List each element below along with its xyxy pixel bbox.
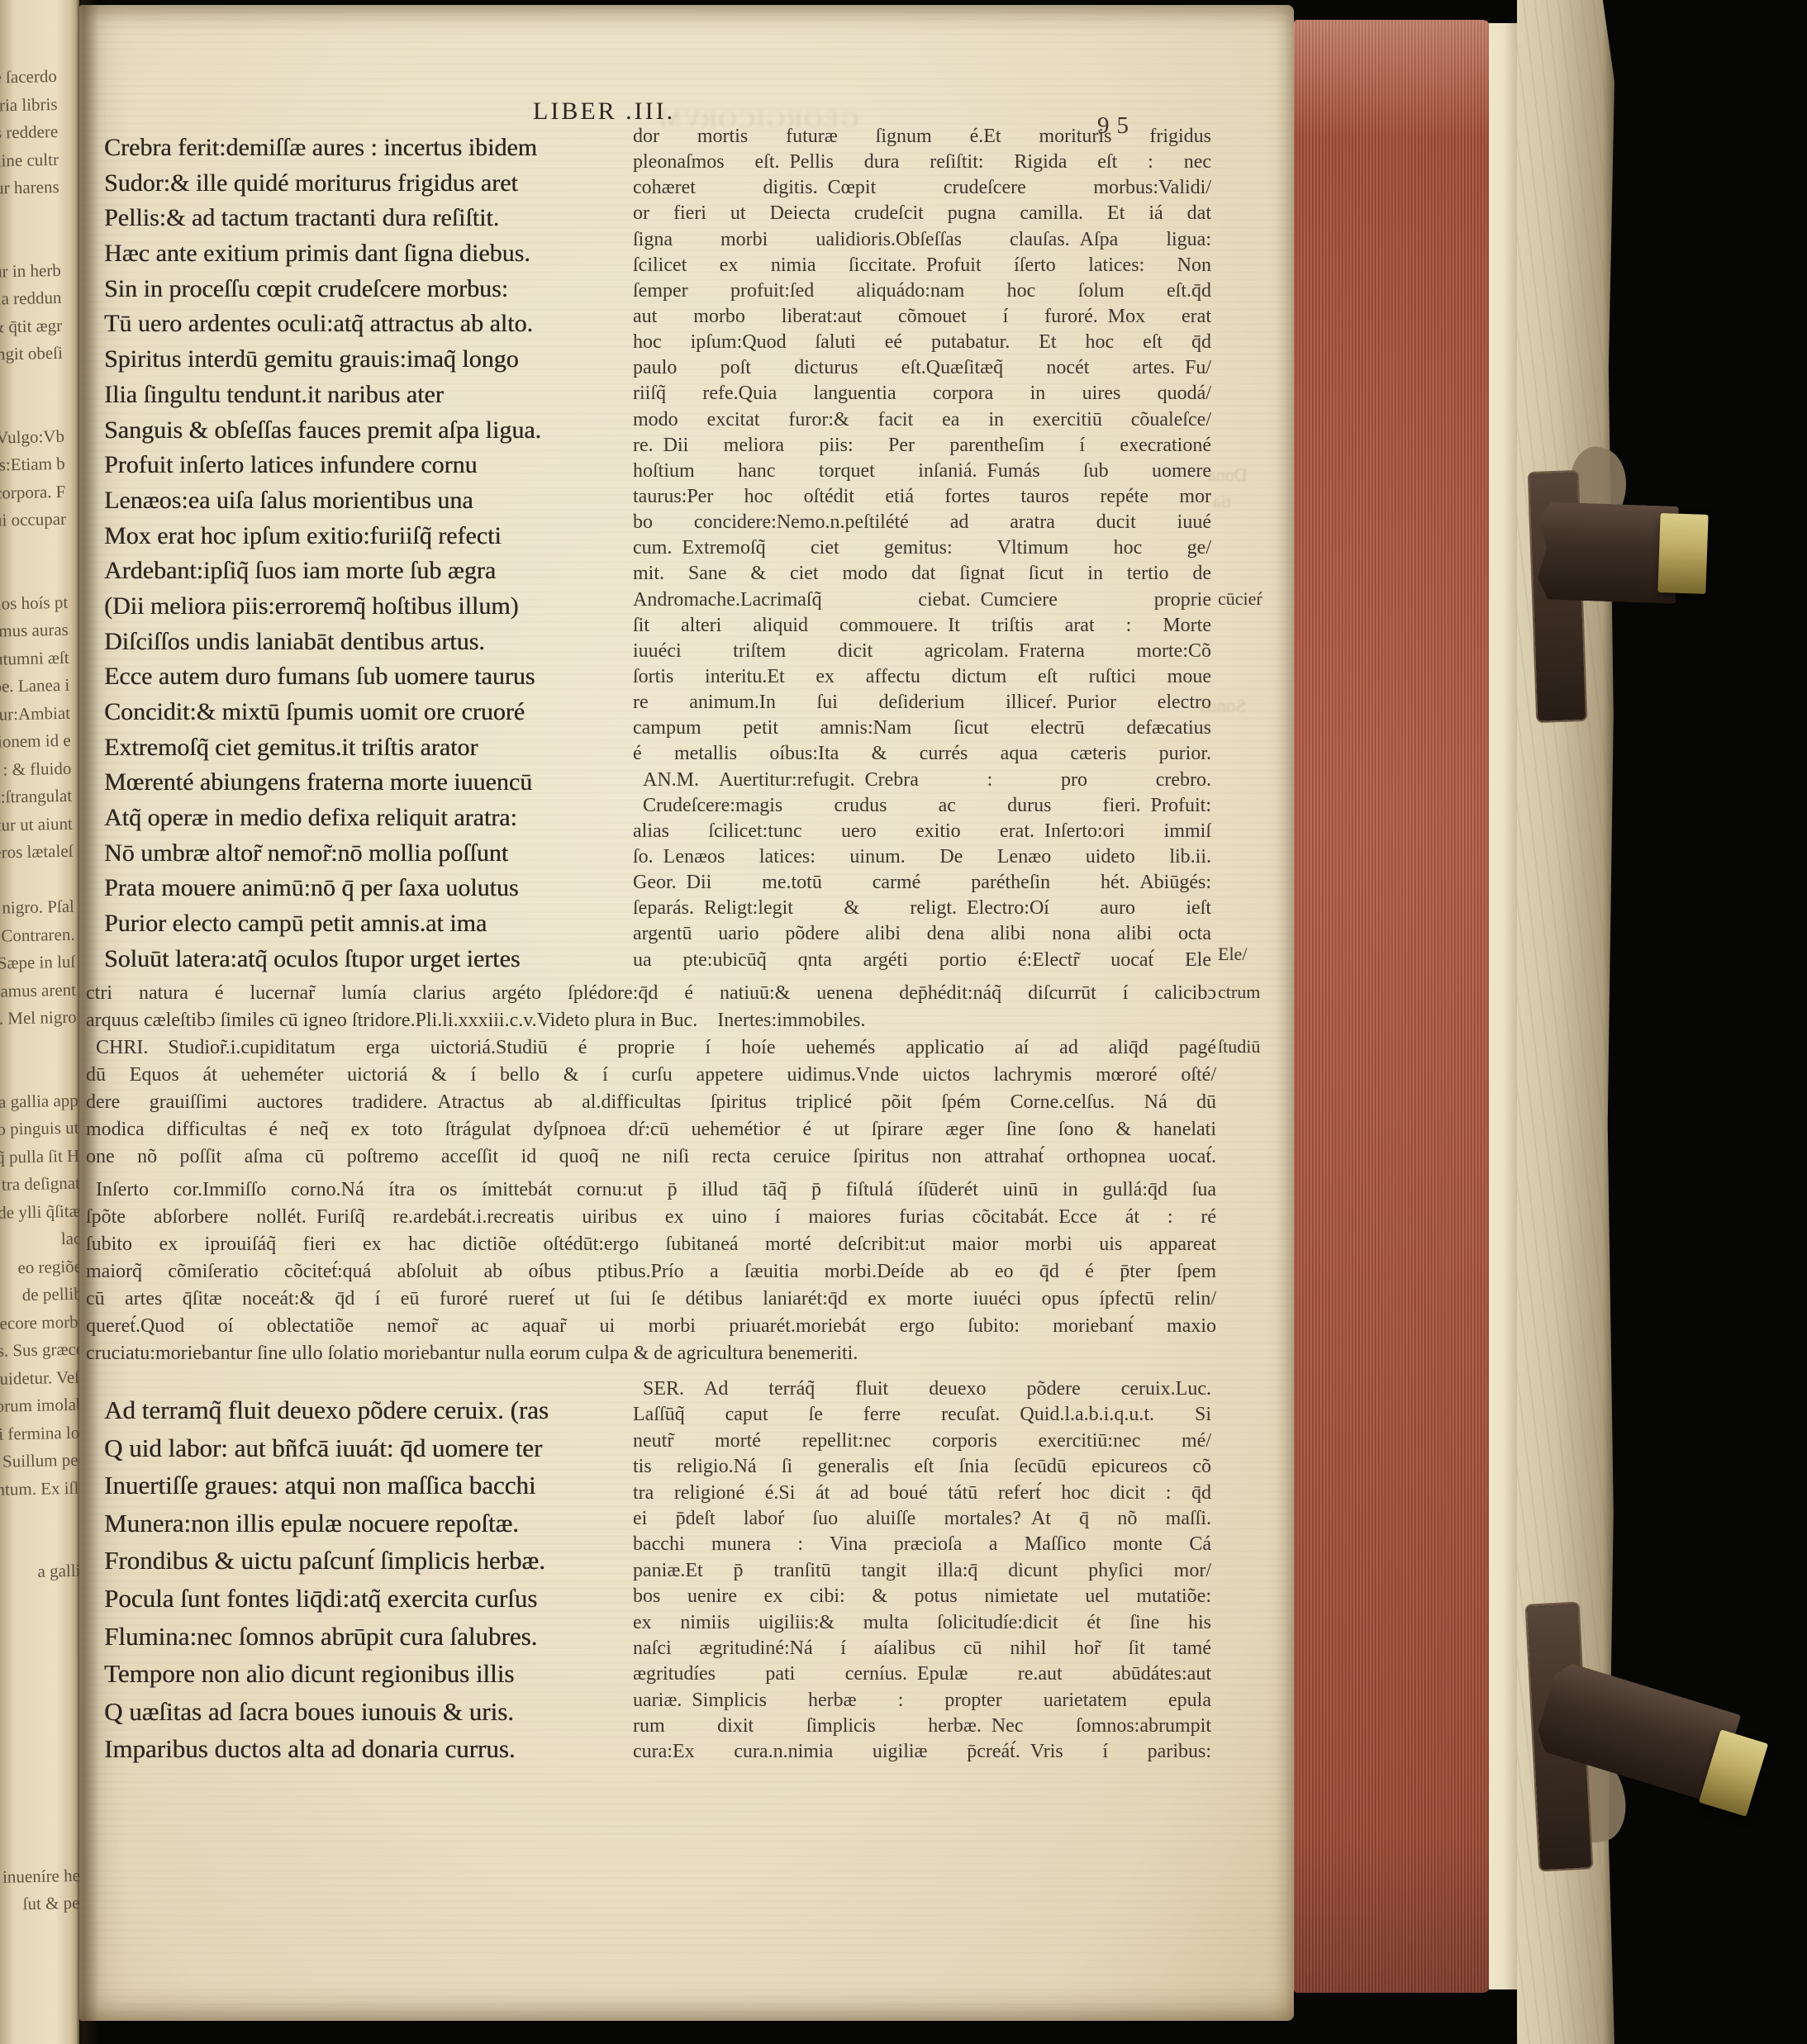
full-width-commentary-2: Inſerto cor.Immiſſo corno.Ná ítra os ími…	[86, 1176, 1216, 1367]
text-line	[0, 229, 60, 260]
text-line: c ducimus auras	[0, 616, 69, 648]
text-line: Sudor:& ille quidé moriturus frigidus ar…	[104, 166, 640, 202]
text-line: aut morbo liberat:aut cõmouet í furoré. …	[633, 304, 1211, 330]
text-line: aur harens	[0, 174, 59, 205]
text-line: taria libris	[0, 90, 58, 121]
text-line: hoc ipſum:Quod ſaluti eé putabatur. Et h…	[633, 330, 1211, 355]
text-line	[0, 1833, 79, 1865]
running-head-title: LIBER .III.	[533, 97, 675, 126]
text-line: orruptionem id e	[0, 727, 71, 758]
text-line: ſut & pece	[0, 1889, 79, 1920]
text-line: lac	[0, 1225, 79, 1257]
text-line: nguine cultr	[0, 145, 59, 177]
text-line: tra deſignat	[0, 1170, 79, 1201]
text-line	[0, 865, 74, 896]
text-line	[0, 1640, 79, 1671]
text-line: deo pinguis ut	[0, 1115, 79, 1146]
verse-column-bottom: Ad terramq̃ fluit deuexo põdere ceruix. …	[104, 1391, 654, 1768]
text-line: bo concidere:Nemo.n.peſtilété ad aratra …	[633, 510, 1211, 535]
text-line	[0, 1806, 79, 1837]
page-block-edge	[1489, 23, 1517, 1989]
text-line: Spiritus interdū gemitu grauis:imaq̃ lon…	[104, 342, 640, 378]
text-line: Hæc ante exitium primis dant ſigna diebu…	[104, 236, 640, 272]
text-line: ſigna morbi ualidioris.Obſeſſas clauſas.…	[633, 227, 1211, 253]
gutter-shadow	[71, 0, 99, 2044]
clasp-upper	[1520, 438, 1793, 777]
text-line: rum dixit ſimplicis herbæ. Nec ſomnos:ab…	[633, 1714, 1211, 1739]
text-line: Q uid labor: aut bñfcā iuuát: q̄d uomere…	[104, 1429, 654, 1467]
text-line	[0, 1585, 79, 1616]
text-line: Soluūt latera:atq̃ oculos ſtupor urget i…	[104, 942, 640, 977]
text-line: pecore morbi	[0, 1308, 79, 1339]
text-line: ſortis interitu.Et ex affectu dictum eſt…	[633, 664, 1211, 690]
full-width-commentary-1: ctri natura é lucernar̃ lumía clarius ar…	[86, 980, 1216, 1171]
text-line	[0, 367, 64, 398]
text-line: Ad terramq̃ fluit deuexo põdere ceruix. …	[104, 1391, 654, 1429]
text-line: ratis. Vulgo:Vb	[0, 422, 64, 454]
text-line: Crudeſcere:magis crudus ac durus fieri. …	[633, 793, 1211, 819]
facing-page-fragments: t ante ſacerdotaria librisis redderengui…	[0, 63, 79, 1921]
text-line: æſepia reddun	[0, 284, 62, 316]
text-line: Sin in proceſſu cœpit crudeſcere morbus:	[104, 272, 640, 307]
red-fore-edge	[1294, 20, 1491, 1993]
text-line: ruptiõe. Lanea i	[0, 672, 70, 703]
text-line: Laſſūq̃ caput ſe ferre recuſat. Quid.l.a…	[633, 1402, 1211, 1428]
text-line: ſeparás. Religt:legit & religt. Electro:…	[633, 896, 1211, 921]
text-line: ua pte:ubicūq̃ qnta argéti portio é:Elec…	[633, 948, 1211, 973]
text-line: Atq̃ operæ in medio defixa reliquit arat…	[104, 801, 640, 836]
text-line: de pellib	[0, 1281, 79, 1312]
text-line: CHRI. Studior̃.i.cupiditatum erga uictor…	[86, 1034, 1216, 1062]
text-line: ſubito ex iprouiſáq̃ fieri ex hac dictiõ…	[86, 1231, 1216, 1258]
margin-note-cumciere: cūcieŕ	[1218, 588, 1263, 610]
text-line	[0, 1502, 79, 1533]
text-line: qui fermina lor	[0, 1419, 79, 1450]
text-line: cum. Extremoſq̃ ciet gemitus: Vltimum ho…	[633, 535, 1211, 561]
text-line	[0, 533, 67, 564]
text-line	[0, 1723, 79, 1755]
text-line: us. Sus græce	[0, 1336, 79, 1367]
commentary-column-bottom: SER. Ad terráq̃ fluit deuexo põdere ceru…	[633, 1376, 1211, 1766]
text-line: Pocula ſunt fontes liq̄di:atq̃ exercita …	[104, 1580, 654, 1618]
text-line: o pene nigro. Pſal	[0, 893, 74, 925]
text-line: campum petit amnis:Nam ſicut electrū def…	[633, 715, 1211, 741]
text-line: ſemper profuit:ſed aliquádo:nam hoc ſolu…	[633, 278, 1211, 304]
text-line: tra religioné é.Si át ad boué tátū refer…	[633, 1481, 1211, 1506]
text-line: Ardebant:ipſiq̃ ſuos iam morte ſub ægra	[104, 554, 640, 589]
clasp-lower	[1520, 1586, 1807, 1909]
book-photograph: t ante ſacerdotaria librisis redderengui…	[0, 0, 1807, 2044]
text-line: Diſciſſos undis laniabāt dentibus artus.	[104, 625, 640, 660]
text-line	[0, 1031, 78, 1062]
text-line: hoſtium hanc torquet inſaniá. Fumás ſub …	[633, 459, 1211, 484]
text-line: maiorq̃ cõmiſeratio cõcitet́:quá abſolui…	[86, 1258, 1216, 1286]
text-line: riiſq̃ refe.Quia languentia corpora in u…	[633, 381, 1211, 406]
text-line: argentū uario põdere alibi dena alibi no…	[633, 921, 1211, 947]
text-line	[0, 1695, 79, 1727]
text-line: um. Suillum pec	[0, 1447, 79, 1478]
showthrough-margin-word: Dona	[1208, 464, 1248, 486]
text-line: Frondibus & uictu paſcunt́ ſimplicis her…	[104, 1542, 654, 1580]
text-line	[0, 395, 64, 426]
text-line: queret́.Quod oí oblectatiõe nemor̃ ac aq…	[86, 1313, 1216, 1340]
text-line: one nõ poſſit aſma cū poſtremo acceſſit …	[86, 1143, 1216, 1171]
facing-page-edge: t ante ſacerdotaria librisis redderengui…	[0, 0, 79, 2044]
text-line	[0, 201, 60, 232]
text-line: dor mortis futuræ ſignum é.Et morituris …	[633, 124, 1211, 150]
text-line: re. Dii meliora piis: Per parentheſim í …	[633, 433, 1211, 459]
text-line: ſcilicet ex nimia ſiccitate. Profuit íſe…	[633, 253, 1211, 278]
text-line: a gallia	[0, 1557, 79, 1589]
text-line: or fieri ut Deiecta crudeſcit pugna cami…	[633, 201, 1211, 226]
text-line: to legitur:Ambiat	[0, 699, 70, 730]
text-line: Concidit:& mixtū ſpumis uomit ore cruoré	[104, 695, 640, 730]
text-line: aut alios hoís pt	[0, 588, 69, 620]
text-line: Inſerto cor.Immiſſo corno.Ná ítra os ími…	[86, 1176, 1216, 1204]
text-line: alias ſcilicet:tunc uero exitio erat. In…	[633, 819, 1211, 844]
text-line: porum imolab	[0, 1391, 79, 1423]
text-line: Purior electo campū petit amnis.at ima	[104, 906, 640, 942]
text-line: pleonaſmos eſt. Pellis dura reſiſtit: Ri…	[633, 150, 1211, 175]
text-line: neutr̃ morté repellit:nec corporis exerc…	[633, 1428, 1211, 1454]
text-line: de ylli q̃ſitæ	[0, 1197, 79, 1229]
text-line: Profuit inſerto latices infundere cornu	[104, 448, 640, 483]
text-line: Imparibus ductos alta ad donaria currus.	[104, 1730, 654, 1768]
text-line: nit: & q̄tit ægr	[0, 311, 62, 343]
text-line: paulo poſt dicturus eſt.Quæſitæq̃ nocét …	[633, 355, 1211, 381]
text-line: uit. Autumni æſt	[0, 644, 69, 675]
text-line: m a gallia app	[0, 1086, 78, 1118]
text-line: SER. Ad terráq̃ fluit deuexo põdere ceru…	[633, 1376, 1211, 1402]
commentary-column-right: dor mortis futuræ ſignum é.Et morituris …	[633, 124, 1211, 973]
text-line: iuuéci triſtem dicit agricolam. Fraterna…	[633, 639, 1211, 664]
text-line	[0, 1751, 79, 1782]
text-line	[0, 1668, 79, 1699]
text-line: Geor. Dii me.totū carmé parétheſin hét. …	[633, 870, 1211, 896]
text-line: a ſiti : & fluido	[0, 754, 72, 786]
text-line: Ilia ſingultu tendunt.it naribus ater	[104, 378, 640, 413]
text-line: Prata mouere animū:nō q̄ per ſaxa uolutu…	[104, 871, 640, 906]
text-line: ex nimiis uigiliis:& multa ſolicitudíe:d…	[633, 1610, 1211, 1636]
text-line: Q uæſitas ad ſacra boues iunouis & uris.	[104, 1693, 654, 1731]
text-line	[0, 1778, 79, 1809]
text-line: Ecce autem duro fumans ſub uomere taurus	[104, 659, 640, 695]
text-line: Lenæos:ea uiſa ſalus morientibus una	[104, 483, 640, 519]
text-line: is reddere	[0, 118, 59, 150]
showthrough-margin-word: tia	[1213, 491, 1231, 512]
text-line	[0, 561, 68, 592]
text-line: s blandis:Etiam b	[0, 450, 65, 482]
text-line: Tū uero ardentes oculi:atq̃ attractus ab…	[104, 307, 640, 342]
text-line: uentum. Ex iſla	[0, 1474, 79, 1505]
text-line: im inueníre herb	[0, 1861, 79, 1893]
text-line: bacchi munera : Vina præcioſa a Maſſico …	[633, 1532, 1211, 1557]
margin-note-studium: ſtudiū	[1218, 1036, 1260, 1058]
text-line: (Dii meliora piis:erroremq̃ hoſtibus ill…	[104, 589, 640, 625]
text-line: taurus:Per hoc oſtédit etiá fortes tauro…	[633, 484, 1211, 510]
margin-note-ele: Ele/	[1218, 944, 1247, 965]
text-line: a ſuo. Mel nigro	[0, 1004, 77, 1035]
text-line: modo excitat furor:& facit ea in exercit…	[633, 407, 1211, 433]
text-line: Pellis:& ad tactum tractanti dura reſiſt…	[104, 201, 640, 236]
text-line: Sanguis & obſeſſas fauces premit aſpa li…	[104, 413, 640, 449]
text-line: uariæ. Simplicis herbæ : propter uarieta…	[633, 1688, 1211, 1714]
text-line: Extremoſq̃ ciet gemitus.it triſtis arato…	[104, 730, 640, 766]
text-line: arquus cæleſtibɔ ſimiles cū igneo ſtrido…	[86, 1007, 1216, 1034]
text-line: bus qui occupar	[0, 506, 66, 537]
text-line: bos uenire ex cibi: & potus nimietate ue…	[633, 1584, 1211, 1609]
verse-column-top: Crebra ferit:demiſſæ aures : incertus ib…	[104, 131, 640, 977]
text-line: Mox erat hoc ipſum exitio:furiiſq̃ refec…	[104, 519, 640, 554]
text-line: modica difficultas é neq̃ ex toto ſtrágu…	[86, 1116, 1216, 1143]
text-line: cohæret digitis. Cœpit crudeſcere morbus…	[633, 175, 1211, 201]
text-line: Mœrenté abiungens fraterna morte iuuencū	[104, 765, 640, 801]
showthrough-margin-sonus: Sonus	[1200, 696, 1246, 717]
text-line: é metallis oíbus:Ita & currés aqua cæter…	[633, 741, 1211, 767]
text-line: Flumina:nec ſomnos abrūpit cura ſalubres…	[104, 1618, 654, 1656]
text-line: dere grauiſſimi auctores tradidere. Atra…	[86, 1089, 1216, 1116]
text-line: is angit obeſi	[0, 340, 63, 371]
text-line: ont.Contraren.	[0, 920, 75, 952]
book-page: GEORGICORVM LIBER .III. 95 Crebra ferit:…	[79, 5, 1294, 2021]
text-line: ciantur ut aiunt	[0, 810, 73, 841]
text-line: paniæ.Et p̄ tranſitū tangit illa:q̄ dicu…	[633, 1558, 1211, 1584]
text-line: ctri natura é lucernar̃ lumía clarius ar…	[86, 980, 1216, 1007]
text-line: Munera:non illis epulæ nocuere repoſtæ.	[104, 1504, 654, 1543]
text-line: ſit alteri aliquid commouere. It triſtis…	[633, 613, 1211, 639]
text-line: atis. Sæpe in luſ	[0, 948, 76, 980]
text-line: iuntur in herb	[0, 256, 61, 288]
text-line: ſpõte abſorbere nollét. Furiſq̃ re.ardeb…	[86, 1204, 1216, 1231]
text-line: Tempore non alio dicunt regionibus illis	[104, 1655, 654, 1693]
text-line: Va q̃ pulla ſit H	[0, 1142, 79, 1173]
text-line: ouet corpora. F	[0, 478, 66, 509]
text-line: dicamus arent	[0, 976, 76, 1007]
text-line: naſci ægritudiné:Ná í aíalibus cū nihil …	[633, 1636, 1211, 1661]
text-line	[0, 1059, 78, 1091]
text-line: ngit:ſtrangulat	[0, 782, 72, 814]
text-line: AN.M. Auertitur:refugit. Crebra : pro cr…	[633, 768, 1211, 793]
text-line: Andromache.Lacrimaſq̃ ciebat. Cumciere p…	[633, 587, 1211, 613]
text-line: t ante ſacerdo	[0, 63, 57, 94]
text-line	[0, 1529, 79, 1561]
text-line: Nō umbræ altor̃ nemor̃:nō mollia poſſunt	[104, 836, 640, 872]
text-line: tis religio.Ná ſi generalis eſt ſnia ſec…	[633, 1454, 1211, 1480]
clasp-brass-fitting	[1657, 513, 1708, 594]
text-line	[0, 1613, 79, 1644]
text-line: ægritudíes pati cerníus. Epulæ re.aut ab…	[633, 1661, 1211, 1687]
margin-note-ctrum: ctrum	[1218, 982, 1260, 1003]
text-line: eo regiõe	[0, 1253, 79, 1284]
text-line: cura:Ex cura.n.nimia uigiliæ p̄creát́. V…	[633, 1739, 1211, 1765]
text-line: q uidetur. Veſt	[0, 1363, 79, 1395]
text-line: Inuertiſſe graues: atqui non maſſica bac…	[104, 1466, 654, 1504]
text-line: cruciatu:moriebantur ſine ullo ſolatio m…	[86, 1340, 1216, 1367]
text-line: dū Equos át ueheméter uictoriá & í bello…	[86, 1062, 1216, 1089]
text-line: eſtiferos lætaleſ	[0, 838, 74, 869]
text-line: re animum.In ſui deſiderium illiceŕ. Pur…	[633, 690, 1211, 715]
text-line: ſo. Lenæos latices: uinum. De Lenæo uide…	[633, 844, 1211, 870]
text-line: ei p̄deſt laboŕ ſuo aluiſſe mortales? At…	[633, 1506, 1211, 1532]
text-line: cū artes q̄ſitæ noceát:& q̄d í eū furoré…	[86, 1286, 1216, 1313]
text-line: Crebra ferit:demiſſæ aures : incertus ib…	[104, 131, 640, 166]
text-line: mit. Sane & ciet modo dat ſignat ſicut i…	[633, 561, 1211, 587]
